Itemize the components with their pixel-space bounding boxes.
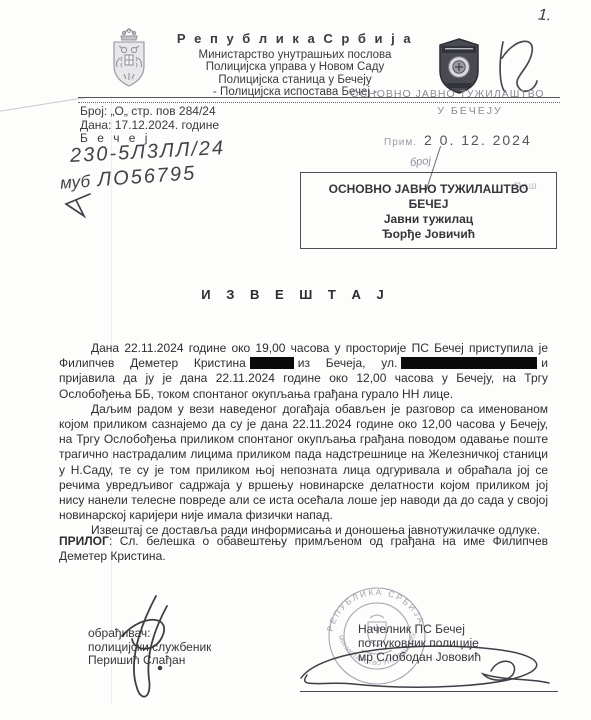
scan-fold-artifact	[0, 96, 89, 112]
attachment-note: ПРИЛОГ: Сл. белешка о обавештењу примљен…	[59, 534, 548, 564]
handwritten-page-number: 1.	[537, 7, 552, 26]
letterhead-ministry: Министарство унутрашњих послова	[150, 49, 440, 62]
addressee-name: Ђорђе Јовичић	[301, 227, 556, 242]
signature-block-left: обрађивач: полицијски службеник Перишић …	[88, 627, 211, 668]
paragraph-1-text-b: из Бечеја, ул.	[298, 356, 398, 370]
signer-right-role1: Начелник ПС Бечеј	[358, 622, 481, 636]
handwritten-prefix: муб	[60, 172, 91, 193]
attachment-label: ПРИЛОГ	[59, 534, 109, 548]
handwritten-arrow-scribble	[62, 192, 96, 220]
header-divider	[78, 97, 560, 103]
report-body: Дана 22.11.2024 године око 19,00 часова …	[59, 341, 548, 539]
letterhead-station: Полицијска станица у Бечеју	[150, 74, 440, 87]
received-label: Прим.	[384, 137, 417, 148]
paragraph-1: Дана 22.11.2024 године око 19,00 часова …	[59, 341, 548, 402]
signer-right-role2: потпуковник полиције	[358, 636, 481, 650]
addressee-office: ОСНОВНО ЈАВНО ТУЖИЛАШТВО	[301, 182, 556, 197]
signer-left-name: Перишић Слађан	[88, 654, 211, 668]
redaction-box	[401, 357, 537, 369]
signer-left-role2: полицијски службеник	[88, 641, 211, 655]
handwritten-note-broj: број	[409, 155, 431, 169]
signature-block-right: Начелник ПС Бечеј потпуковник полиције м…	[358, 622, 481, 664]
reference-date: Дана: 17.12.2024. године	[80, 119, 219, 133]
addressee-box: ОСНОВНО ЈАВНО ТУЖИЛАШТВО БЕЧЕЈ Јавни туж…	[300, 172, 557, 249]
addressee-role: Јавни тужилац	[301, 212, 556, 227]
scanned-document-page: Р е п у б л и к а С р б и ј а Министарст…	[0, 0, 591, 720]
letterhead-directorate: Полицијска управа у Новом Саду	[150, 61, 440, 74]
letterhead-country: Р е п у б л и к а С р б и ј а	[150, 33, 440, 46]
receipt-stamp-city: У БЕЧЕЈУ	[420, 105, 520, 117]
signature-underline	[300, 691, 558, 692]
reference-number: Број: „О„ стр. пов 284/24	[80, 105, 219, 119]
attachment-text: : Сл. белешка о обавештењу примљеном од …	[59, 534, 548, 563]
signer-left-role1: обрађивач:	[88, 627, 211, 641]
redaction-box	[250, 357, 294, 369]
police-badge-icon	[436, 37, 482, 95]
addressee-city: БЕЧЕЈ	[301, 197, 556, 212]
signer-right-name: мр Слободан Јововић	[358, 650, 481, 664]
document-title: И З В Е Ш Т А Ј	[0, 287, 591, 302]
paragraph-2: Даљим радом у вези наведеног догађаја об…	[59, 402, 548, 524]
